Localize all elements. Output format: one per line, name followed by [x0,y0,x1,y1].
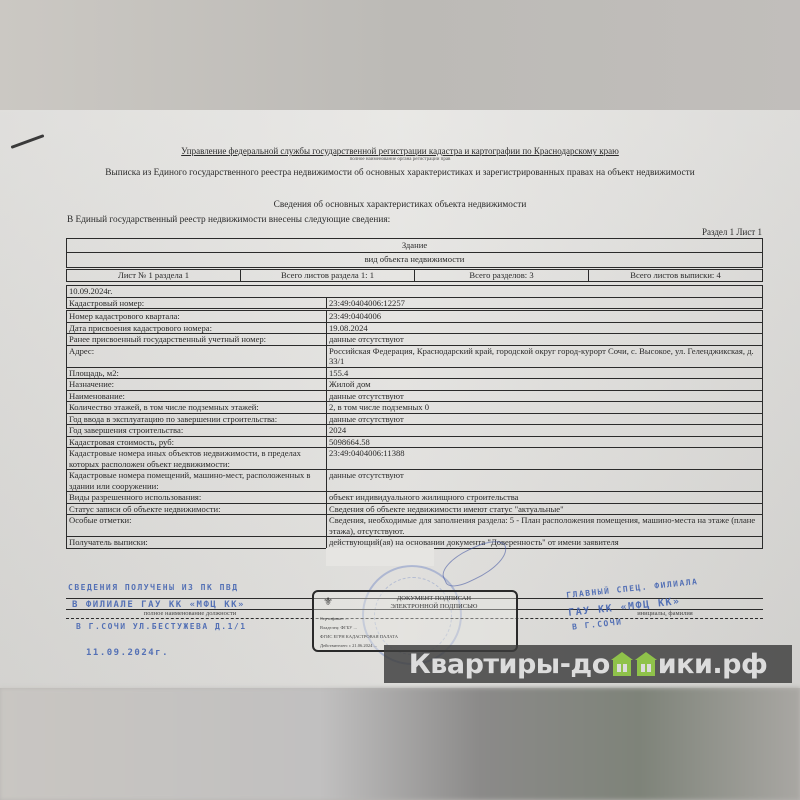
table-row: Кадастровая стоимость, руб:5098664.58 [67,437,762,449]
sheet-info-row: Лист № 1 раздела 1 Всего листов раздела … [66,269,763,282]
cadastral-number-label: Кадастровый номер: [67,298,327,309]
row-label: Год завершения строительства: [67,425,327,436]
ecp-organization: ФГИС ЕГРН КАДАСТРОВАЯ ПАЛАТА [320,634,398,639]
row-value: действующий(ая) на основании документа "… [327,537,762,548]
row-value: данные отсутствуют [327,414,762,425]
extract-title: Выписка из Единого государственного реес… [80,168,720,178]
table-row: Виды разрешенного использования:объект и… [67,492,762,504]
table-row: Получатель выписки:действующий(ая) на ос… [67,537,762,548]
table-row: Особые отметки:Сведения, необходимые для… [67,515,762,537]
row-label: Номер кадастрового квартала: [67,311,327,322]
table-row: Год ввода в эксплуатацию по завершении с… [67,414,762,426]
pen-mark [11,134,45,149]
row-value: Российская Федерация, Краснодарский край… [327,346,762,367]
ecp-title-line-1: ДОКУМЕНТ ПОДПИСАН [364,595,504,603]
cadastral-number-row: Кадастровый номер: 23:49:0404006:12257 [67,298,762,309]
row-label: Год ввода в эксплуатацию по завершении с… [67,414,327,425]
photo-background-top [0,0,800,110]
photo-background-bottom [0,688,800,800]
row-label: Адрес: [67,346,327,367]
row-value: 23:49:0404006 [327,311,762,322]
row-value: данные отсутствуют [327,470,762,491]
row-value: 2, в том числе подземных 0 [327,402,762,413]
row-value: 2024 [327,425,762,436]
stamp-right-line-3: В Г.СОЧИ [572,617,623,631]
section-sheets-total: Всего листов раздела 1: 1 [241,270,415,281]
house-logo-icon [611,652,633,676]
row-value: объект индивидуального жилищного строите… [327,492,762,503]
date-cadastral-box: 10.09.2024г. Кадастровый номер: 23:49:04… [66,285,763,309]
document-sheet: Управление федеральной службы государств… [0,110,800,688]
extract-sheets-total: Всего листов выписки: 4 [589,270,762,281]
row-label: Количество этажей, в том числе подземных… [67,402,327,413]
agency-name: Управление федеральной службы государств… [160,146,640,156]
table-row: Назначение:Жилой дом [67,379,762,391]
row-label: Кадастровые номера иных объектов недвижи… [67,448,327,469]
table-row: Количество этажей, в том числе подземных… [67,402,762,414]
row-value: данные отсутствуют [327,334,762,345]
emblem-icon: ⚜ [322,596,334,614]
section-title: Сведения об основных характеристиках объ… [200,200,600,210]
row-value: Сведения, необходимые для заполнения раз… [327,515,762,536]
ecp-validity: Действителен: с 21.06.2024 ... [320,643,377,648]
row-value: 23:49:0404006:11388 [327,448,762,469]
row-label: Площадь, м2: [67,368,327,379]
object-type-header: Здание вид объекта недвижимости [66,238,763,268]
position-caption: полное наименование должности [90,610,290,617]
extract-date: 10.09.2024г. [67,286,762,298]
row-label: Виды разрешенного использования: [67,492,327,503]
watermark-text-before: Квартиры-до [409,649,610,680]
row-value: данные отсутствуют [327,391,762,402]
row-label: Статус записи об объекте недвижимости: [67,504,327,515]
house-logo-icon [635,652,657,676]
table-row: Номер кадастрового квартала:23:49:040400… [67,311,762,323]
row-label: Кадастровая стоимость, руб: [67,437,327,448]
section-reference: Раздел 1 Лист 1 [702,227,762,237]
object-type: Здание [67,239,762,253]
stamp-left-date: 11.09.2024г. [86,648,169,658]
row-value: Сведения об объекте недвижимости имеют с… [327,504,762,515]
cadastral-number-value: 23:49:0404006:12257 [327,298,762,309]
row-label: Получатель выписки: [67,537,327,548]
stamp-left-line-2: В ФИЛИАЛЕ ГАУ КК «МФЦ КК» [72,600,245,610]
table-row: Наименование:данные отсутствуют [67,391,762,403]
table-row: Адрес:Российская Федерация, Краснодарски… [67,346,762,368]
ecp-owner: Владелец: ФГБУ ... [320,625,357,630]
row-label: Наименование: [67,391,327,402]
row-value: Жилой дом [327,379,762,390]
stamp-left-line-3: В Г.СОЧИ УЛ.БЕСТУЖЕВА Д.1/1 [76,622,247,631]
row-value: 5098664.58 [327,437,762,448]
row-label: Дата присвоения кадастрового номера: [67,323,327,334]
table-row: Дата присвоения кадастрового номера:19.0… [67,323,762,335]
intro-text: В Единый государственный реестр недвижим… [67,215,390,225]
characteristics-table: Номер кадастрового квартала:23:49:040400… [66,310,763,549]
electronic-signature-stamp: ⚜ ДОКУМЕНТ ПОДПИСАН ЭЛЕКТРОННОЙ ПОДПИСЬЮ… [312,590,518,652]
table-row: Кадастровые номера иных объектов недвижи… [67,448,762,470]
ecp-title: ДОКУМЕНТ ПОДПИСАН ЭЛЕКТРОННОЙ ПОДПИСЬЮ [364,595,504,611]
row-label: Особые отметки: [67,515,327,536]
redacted-recipient [326,548,434,566]
table-row: Площадь, м2:155.4 [67,368,762,380]
object-type-caption: вид объекта недвижимости [67,253,762,267]
row-value: 155.4 [327,368,762,379]
row-label: Ранее присвоенный государственный учетны… [67,334,327,345]
table-row: Год завершения строительства:2024 [67,425,762,437]
watermark-text-after: ики.рф [658,649,768,680]
agency-caption: полное наименование органа регистрации п… [160,157,640,162]
table-row: Ранее присвоенный государственный учетны… [67,334,762,346]
row-label: Кадастровые номера помещений, машино-мес… [67,470,327,491]
sections-total: Всего разделов: 3 [415,270,589,281]
row-value: 19.08.2024 [327,323,762,334]
table-row: Кадастровые номера помещений, машино-мес… [67,470,762,492]
site-watermark: Квартиры-до ики.рф [384,645,792,683]
ecp-certificate: Сертификат: ... [320,616,349,621]
ecp-title-line-2: ЭЛЕКТРОННОЙ ПОДПИСЬЮ [364,603,504,611]
row-label: Назначение: [67,379,327,390]
sheet-number: Лист № 1 раздела 1 [67,270,241,281]
table-row: Статус записи об объекте недвижимости:Св… [67,504,762,516]
stamp-left-line-1: СВЕДЕНИЯ ПОЛУЧЕНЫ ИЗ ПК ПВД [68,583,239,592]
